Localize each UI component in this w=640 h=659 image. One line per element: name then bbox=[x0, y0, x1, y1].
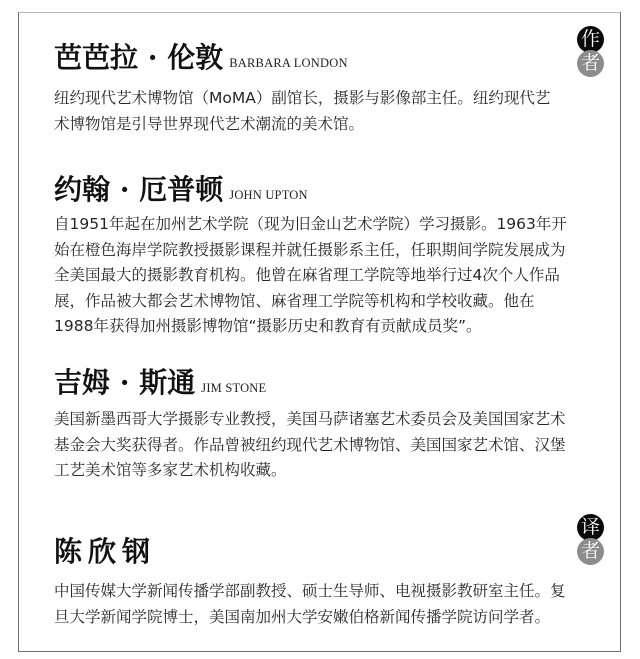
bio-section-chen-xingang: 陈欣钢 中国传媒大学新闻传播学部副教授、硕士生导师、电视摄影教研室主任。复 旦大… bbox=[54, 530, 594, 630]
bio-line: 中国传媒大学新闻传播学部副教授、硕士生导师、电视摄影教研室主任。复 bbox=[54, 579, 594, 605]
bio-line: 旦大学新闻学院博士，美国南加州大学安嫩伯格新闻传播学院访问学者。 bbox=[54, 605, 594, 631]
bio-text: 自1951年起在加州艺术学院（现为旧金山艺术学院）学习摄影。1963年开 始在橙… bbox=[54, 212, 594, 340]
bio-line: 1988年获得加州摄影博物馆“摄影历史和教育有贡献成员奖”。 bbox=[54, 314, 594, 340]
bio-section-barbara-london: 芭芭拉 · 伦敦 BARBARA LONDON 纽约现代艺术博物馆（MoMA）副… bbox=[54, 36, 594, 137]
bio-text: 纽约现代艺术博物馆（MoMA）副馆长，摄影与影像部主任。纽约现代艺 术博物馆是引… bbox=[54, 86, 594, 137]
name-zh: 约翰 · 厄普顿 bbox=[54, 168, 223, 208]
bio-line: 工艺美术馆等多家艺术机构收藏。 bbox=[54, 458, 594, 484]
name-zh: 陈欣钢 bbox=[54, 530, 156, 570]
name-zh: 吉姆 · 斯通 bbox=[54, 361, 195, 401]
bio-line: 自1951年起在加州艺术学院（现为旧金山艺术学院）学习摄影。1963年开 bbox=[54, 212, 594, 238]
bio-heading: 芭芭拉 · 伦敦 BARBARA LONDON bbox=[54, 36, 594, 76]
bio-line: 基金会大奖获得者。作品曾被纽约现代艺术博物馆、美国国家艺术馆、汉堡 bbox=[54, 433, 594, 459]
bio-line: 美国新墨西哥大学摄影专业教授，美国马萨诸塞艺术委员会及美国国家艺术 bbox=[54, 407, 594, 433]
bio-heading: 陈欣钢 bbox=[54, 530, 594, 570]
bio-text: 中国传媒大学新闻传播学部副教授、硕士生导师、电视摄影教研室主任。复 旦大学新闻学… bbox=[54, 579, 594, 630]
bio-section-john-upton: 约翰 · 厄普顿 JOHN UPTON 自1951年起在加州艺术学院（现为旧金山… bbox=[54, 168, 594, 340]
bio-text: 美国新墨西哥大学摄影专业教授，美国马萨诸塞艺术委员会及美国国家艺术 基金会大奖获… bbox=[54, 407, 594, 484]
name-en: JOHN UPTON bbox=[229, 188, 308, 203]
bio-line: 展，作品被大都会艺术博物馆、麻省理工学院等机构和学校收藏。他在 bbox=[54, 289, 594, 315]
bio-line: 全美国最大的摄影教育机构。他曾在麻省理工学院等地举行过4次个人作品 bbox=[54, 263, 594, 289]
name-zh: 芭芭拉 · 伦敦 bbox=[54, 36, 223, 76]
name-en: BARBARA LONDON bbox=[229, 56, 347, 71]
bio-line: 术博物馆是引导世界现代艺术潮流的美术馆。 bbox=[54, 112, 594, 138]
bio-heading: 约翰 · 厄普顿 JOHN UPTON bbox=[54, 168, 594, 208]
bio-line: 纽约现代艺术博物馆（MoMA）副馆长，摄影与影像部主任。纽约现代艺 bbox=[54, 86, 594, 112]
bio-line: 始在橙色海岸学院教授摄影课程并就任摄影系主任，任职期间学院发展成为 bbox=[54, 238, 594, 264]
bio-section-jim-stone: 吉姆 · 斯通 JIM STONE 美国新墨西哥大学摄影专业教授，美国马萨诸塞艺… bbox=[54, 361, 594, 484]
bio-heading: 吉姆 · 斯通 JIM STONE bbox=[54, 361, 594, 401]
name-en: JIM STONE bbox=[201, 381, 266, 396]
